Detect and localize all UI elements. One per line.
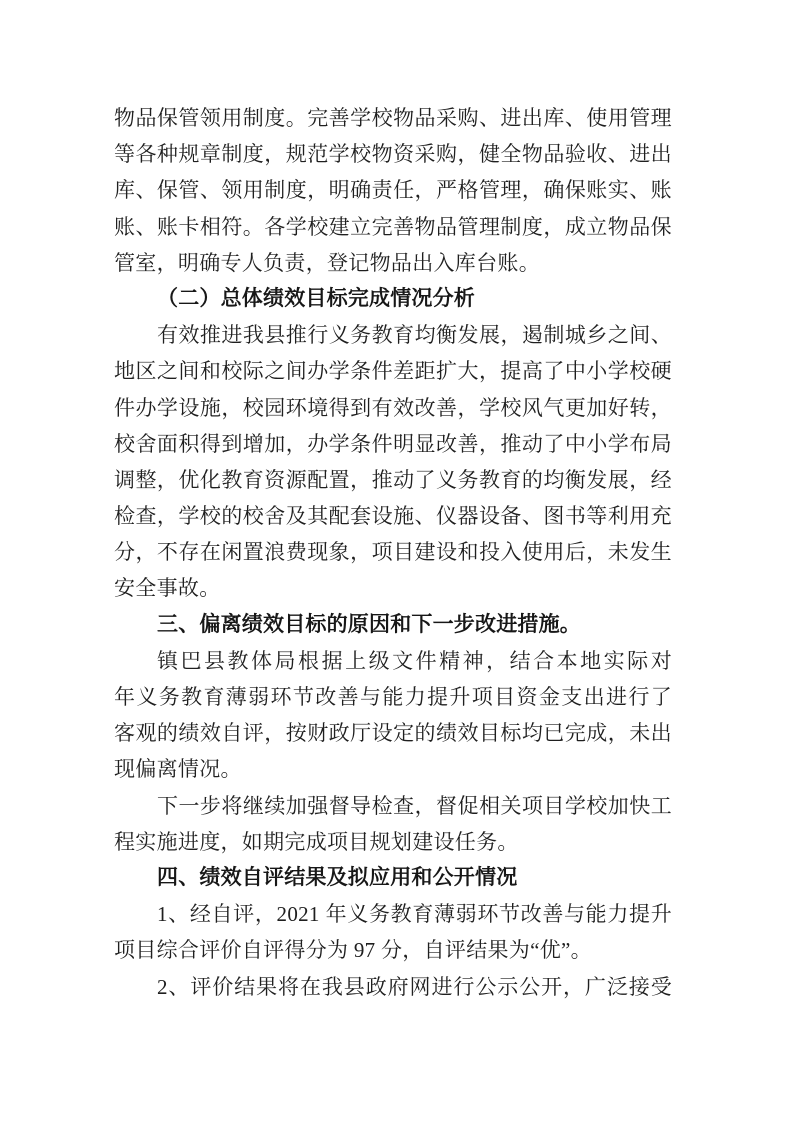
document-body: 物品保管领用制度。完善学校物品采购、进出库、使用管理 等各种规章制度，规范学校物… xyxy=(114,100,672,1005)
text-line: 账、账卡相符。各学校建立完善物品管理制度，成立物品保 xyxy=(114,209,672,245)
text-line: 管室，明确专人负责，登记物品出入库台账。 xyxy=(114,245,672,281)
text-line: 调整，优化教育资源配置，推动了义务教育的均衡发展，经 xyxy=(114,462,672,498)
text-line: 镇巴县教体局根据上级文件精神，结合本地实际对 2021 xyxy=(114,643,672,679)
heading-line: 四、绩效自评结果及拟应用和公开情况 xyxy=(114,860,672,896)
paragraph-balanced-development: 有效推进我县推行义务教育均衡发展，遏制城乡之间、 地区之间和校际之间办学条件差距… xyxy=(114,317,672,607)
text-line: 程实施进度，如期完成项目规划建设任务。 xyxy=(114,824,672,860)
document-page: 物品保管领用制度。完善学校物品采购、进出库、使用管理 等各种规章制度，规范学校物… xyxy=(0,0,793,1122)
section-heading-deviation-and-improvement: 三、偏离绩效目标的原因和下一步改进措施。 xyxy=(114,607,672,643)
heading-line: （二）总体绩效目标完成情况分析 xyxy=(114,281,672,317)
text-line: 安全事故。 xyxy=(114,570,672,606)
text-line: 检查，学校的校舍及其配套设施、仪器设备、图书等利用充 xyxy=(114,498,672,534)
text-line: 有效推进我县推行义务教育均衡发展，遏制城乡之间、 xyxy=(114,317,672,353)
text-line: 物品保管领用制度。完善学校物品采购、进出库、使用管理 xyxy=(114,100,672,136)
paragraph-goods-management: 物品保管领用制度。完善学校物品采购、进出库、使用管理 等各种规章制度，规范学校物… xyxy=(114,100,672,281)
paragraph-publicity: 2、评价结果将在我县政府网进行公示公开，广泛接受 xyxy=(114,969,672,1005)
text-line: 2、评价结果将在我县政府网进行公示公开，广泛接受 xyxy=(114,969,672,1005)
text-line: 校舍面积得到增加，办学条件明显改善，推动了中小学布局 xyxy=(114,426,672,462)
text-line: 项目综合评价自评得分为 97 分，自评结果为“优”。 xyxy=(114,932,672,968)
paragraph-next-steps: 下一步将继续加强督导检查，督促相关项目学校加快工 程实施进度，如期完成项目规划建… xyxy=(114,788,672,860)
text-line: 地区之间和校际之间办学条件差距扩大，提高了中小学校硬 xyxy=(114,353,672,389)
text-line: 年义务教育薄弱环节改善与能力提升项目资金支出进行了 xyxy=(114,679,672,715)
section-heading-overall-performance: （二）总体绩效目标完成情况分析 xyxy=(114,281,672,317)
text-line: 1、经自评，2021 年义务教育薄弱环节改善与能力提升 xyxy=(114,896,672,932)
text-line: 等各种规章制度，规范学校物资采购，健全物品验收、进出 xyxy=(114,136,672,172)
text-line: 库、保管、领用制度，明确责任，严格管理，确保账实、账 xyxy=(114,172,672,208)
section-heading-results-and-publicity: 四、绩效自评结果及拟应用和公开情况 xyxy=(114,860,672,896)
paragraph-score-result: 1、经自评，2021 年义务教育薄弱环节改善与能力提升 项目综合评价自评得分为 … xyxy=(114,896,672,968)
text-line: 下一步将继续加强督导检查，督促相关项目学校加快工 xyxy=(114,788,672,824)
text-line: 客观的绩效自评，按财政厅设定的绩效目标均已完成，未出 xyxy=(114,715,672,751)
text-line: 现偏离情况。 xyxy=(114,751,672,787)
text-line: 件办学设施，校园环境得到有效改善，学校风气更加好转， xyxy=(114,390,672,426)
heading-line: 三、偏离绩效目标的原因和下一步改进措施。 xyxy=(114,607,672,643)
text-line: 分，不存在闲置浪费现象，项目建设和投入使用后，未发生 xyxy=(114,534,672,570)
paragraph-self-evaluation-basis: 镇巴县教体局根据上级文件精神，结合本地实际对 2021 年义务教育薄弱环节改善与… xyxy=(114,643,672,788)
